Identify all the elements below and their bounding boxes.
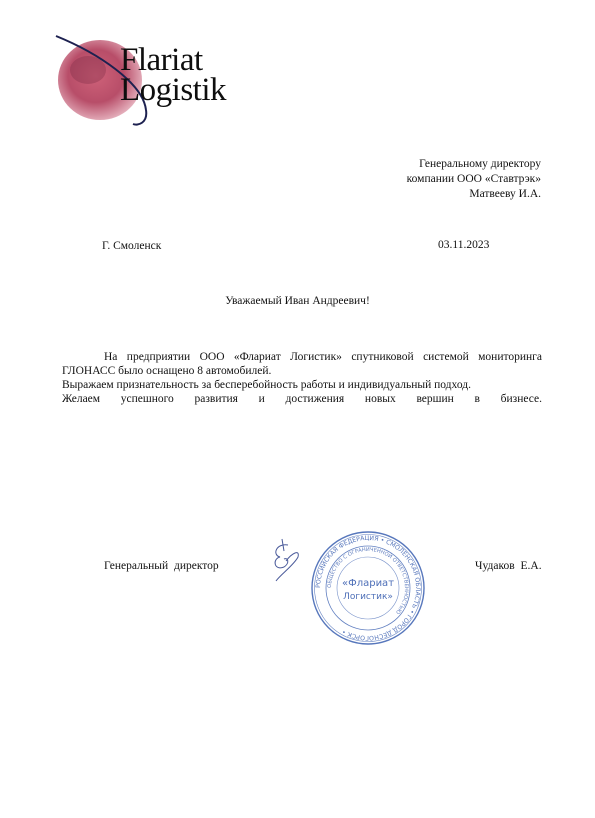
addressee-block: Генеральному директору компании ООО «Ста…: [407, 157, 541, 202]
body-paragraph-3: Желаем успешного развития и достижения н…: [62, 392, 542, 406]
stamp-center-line-2: Логистик»: [343, 592, 393, 602]
greeting: Уважаемый Иван Андреевич!: [0, 295, 595, 307]
letter-body: На предприятии ООО «Флариат Логистик» сп…: [62, 350, 542, 406]
signatory-title: Генеральный директор: [104, 560, 219, 572]
stamp-center-line-1: «Флариат: [342, 578, 394, 589]
logo-text-line2: Logistik: [120, 72, 226, 109]
handwritten-signature-icon: [268, 535, 308, 585]
city: Г. Смоленск: [102, 240, 161, 252]
body-paragraph-2: Выражаем признательность за бесперебойно…: [62, 378, 542, 392]
company-logo: Flariat Logistik: [48, 28, 238, 128]
letter-date: 03.11.2023: [438, 239, 489, 251]
company-stamp: РОССИЙСКАЯ ФЕДЕРАЦИЯ • СМОЛЕНСКАЯ ОБЛАСТ…: [310, 530, 426, 646]
addressee-line-1: Генеральному директору: [407, 157, 541, 172]
signatory-name: Чудаков Е.А.: [475, 560, 542, 572]
body-paragraph-1: На предприятии ООО «Флариат Логистик» сп…: [62, 350, 542, 378]
addressee-line-3: Матвееву И.А.: [407, 187, 541, 202]
addressee-line-2: компании ООО «Ставтрэк»: [407, 172, 541, 187]
